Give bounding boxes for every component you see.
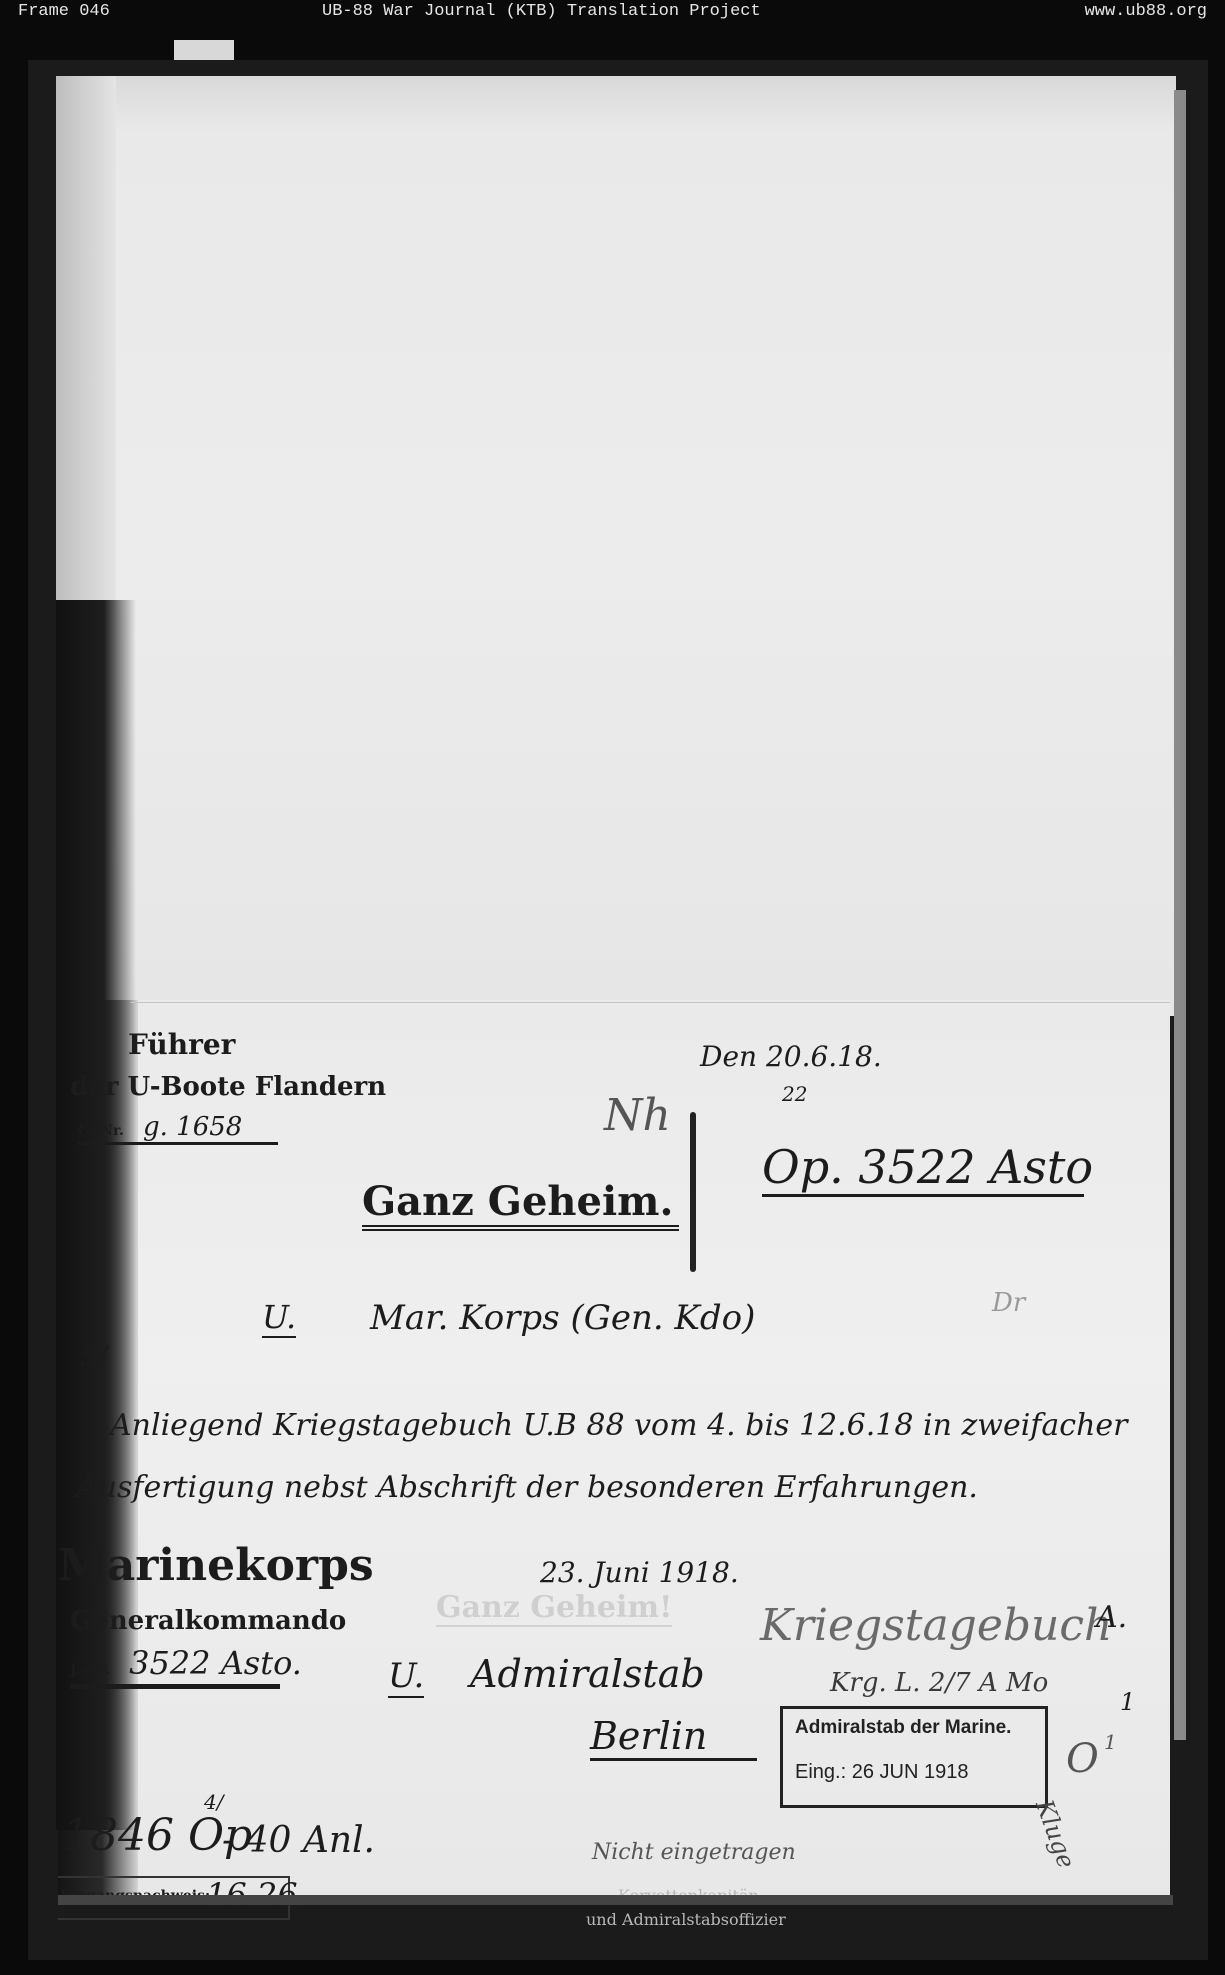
page-bottom-edge bbox=[58, 1895, 1173, 1905]
blank-upper-page bbox=[56, 76, 1176, 1016]
faint-rank-line-2: und Admiralstabsoffizier bbox=[586, 1910, 786, 1929]
body-line-1: Anliegend Kriegstagebuch U.B 88 vom 4. b… bbox=[110, 1408, 1128, 1443]
reply-date: 23. Juni 1918. bbox=[540, 1556, 739, 1589]
file-number: Op. 3522 Asto bbox=[762, 1140, 1084, 1197]
bottom-pencil-note: Nicht eingetragen bbox=[592, 1840, 796, 1865]
to-prefix: U. bbox=[262, 1298, 296, 1338]
margin-mark: 5/ bbox=[80, 1340, 107, 1373]
o-mark: O bbox=[1066, 1736, 1099, 1782]
recipient-line-2: Berlin bbox=[590, 1714, 757, 1761]
to-line: Mar. Korps (Gen. Kdo) bbox=[370, 1298, 755, 1338]
frame-header: Frame 046 UB-88 War Journal (KTB) Transl… bbox=[0, 0, 1225, 28]
letterhead-generalkommando: Generalkommando bbox=[70, 1606, 346, 1636]
recipient-prefix: U. bbox=[388, 1656, 424, 1698]
bottom-suffix: - 40 Anl. bbox=[222, 1820, 375, 1861]
letterhead-bottom-ref-row: J.-Nr. 3522 Asto. bbox=[70, 1644, 280, 1689]
stamp-line-2: Eing.: 26 JUN 1918 bbox=[795, 1761, 968, 1784]
ref-number: g. 1658 bbox=[143, 1112, 242, 1142]
bottom-fraction: 4/ bbox=[204, 1790, 223, 1814]
date-sub: 22 bbox=[782, 1082, 807, 1106]
margin-initial: Dr bbox=[992, 1288, 1025, 1318]
letterhead-fuehrer: Führer bbox=[128, 1028, 235, 1061]
ref-prefix-bottom: J.-Nr. bbox=[70, 1662, 110, 1678]
pen-stroke bbox=[690, 1112, 696, 1272]
letterhead-uboote-flandern: der U-Boote Flandern bbox=[70, 1072, 386, 1102]
ref-prefix: G.-Nr. bbox=[78, 1123, 124, 1139]
ref-number-bottom: 3522 Asto. bbox=[129, 1644, 302, 1682]
margin-mark-a: A. bbox=[1096, 1600, 1127, 1635]
initials-mark: Nh bbox=[604, 1090, 671, 1141]
body-line-2: Ausfertigung nebst Abschrift der besonde… bbox=[76, 1470, 978, 1505]
pencil-sub: Krg. L. 2/7 A Mo bbox=[830, 1668, 1048, 1698]
classification-label: Ganz Geheim. bbox=[362, 1178, 679, 1231]
fraction-bottom: 1 bbox=[1104, 1730, 1117, 1754]
stamp-line-1: Admiralstab der Marine. bbox=[795, 1717, 1011, 1739]
letterhead-ref-row: G.-Nr. g. 1658 bbox=[78, 1112, 278, 1145]
date-annotation: Den 20.6.18. bbox=[700, 1040, 882, 1073]
page-fold bbox=[130, 1002, 1170, 1003]
fraction-top: 1 bbox=[1120, 1688, 1135, 1716]
letterhead-marinekorps: Marinekorps bbox=[58, 1540, 374, 1591]
pencil-note: Kriegstagebuch bbox=[760, 1600, 1112, 1651]
frame-label: Frame 046 bbox=[18, 2, 110, 21]
faint-stamp: Ganz Geheim! bbox=[436, 1590, 672, 1627]
receipt-stamp: Admiralstab der Marine. Eing.: 26 JUN 19… bbox=[780, 1706, 1048, 1808]
project-title: UB-88 War Journal (KTB) Translation Proj… bbox=[322, 2, 761, 21]
right-edge-strip bbox=[1174, 90, 1186, 1740]
website-link[interactable]: www.ub88.org bbox=[1085, 2, 1207, 21]
recipient-line-1: Admiralstab bbox=[470, 1652, 705, 1696]
